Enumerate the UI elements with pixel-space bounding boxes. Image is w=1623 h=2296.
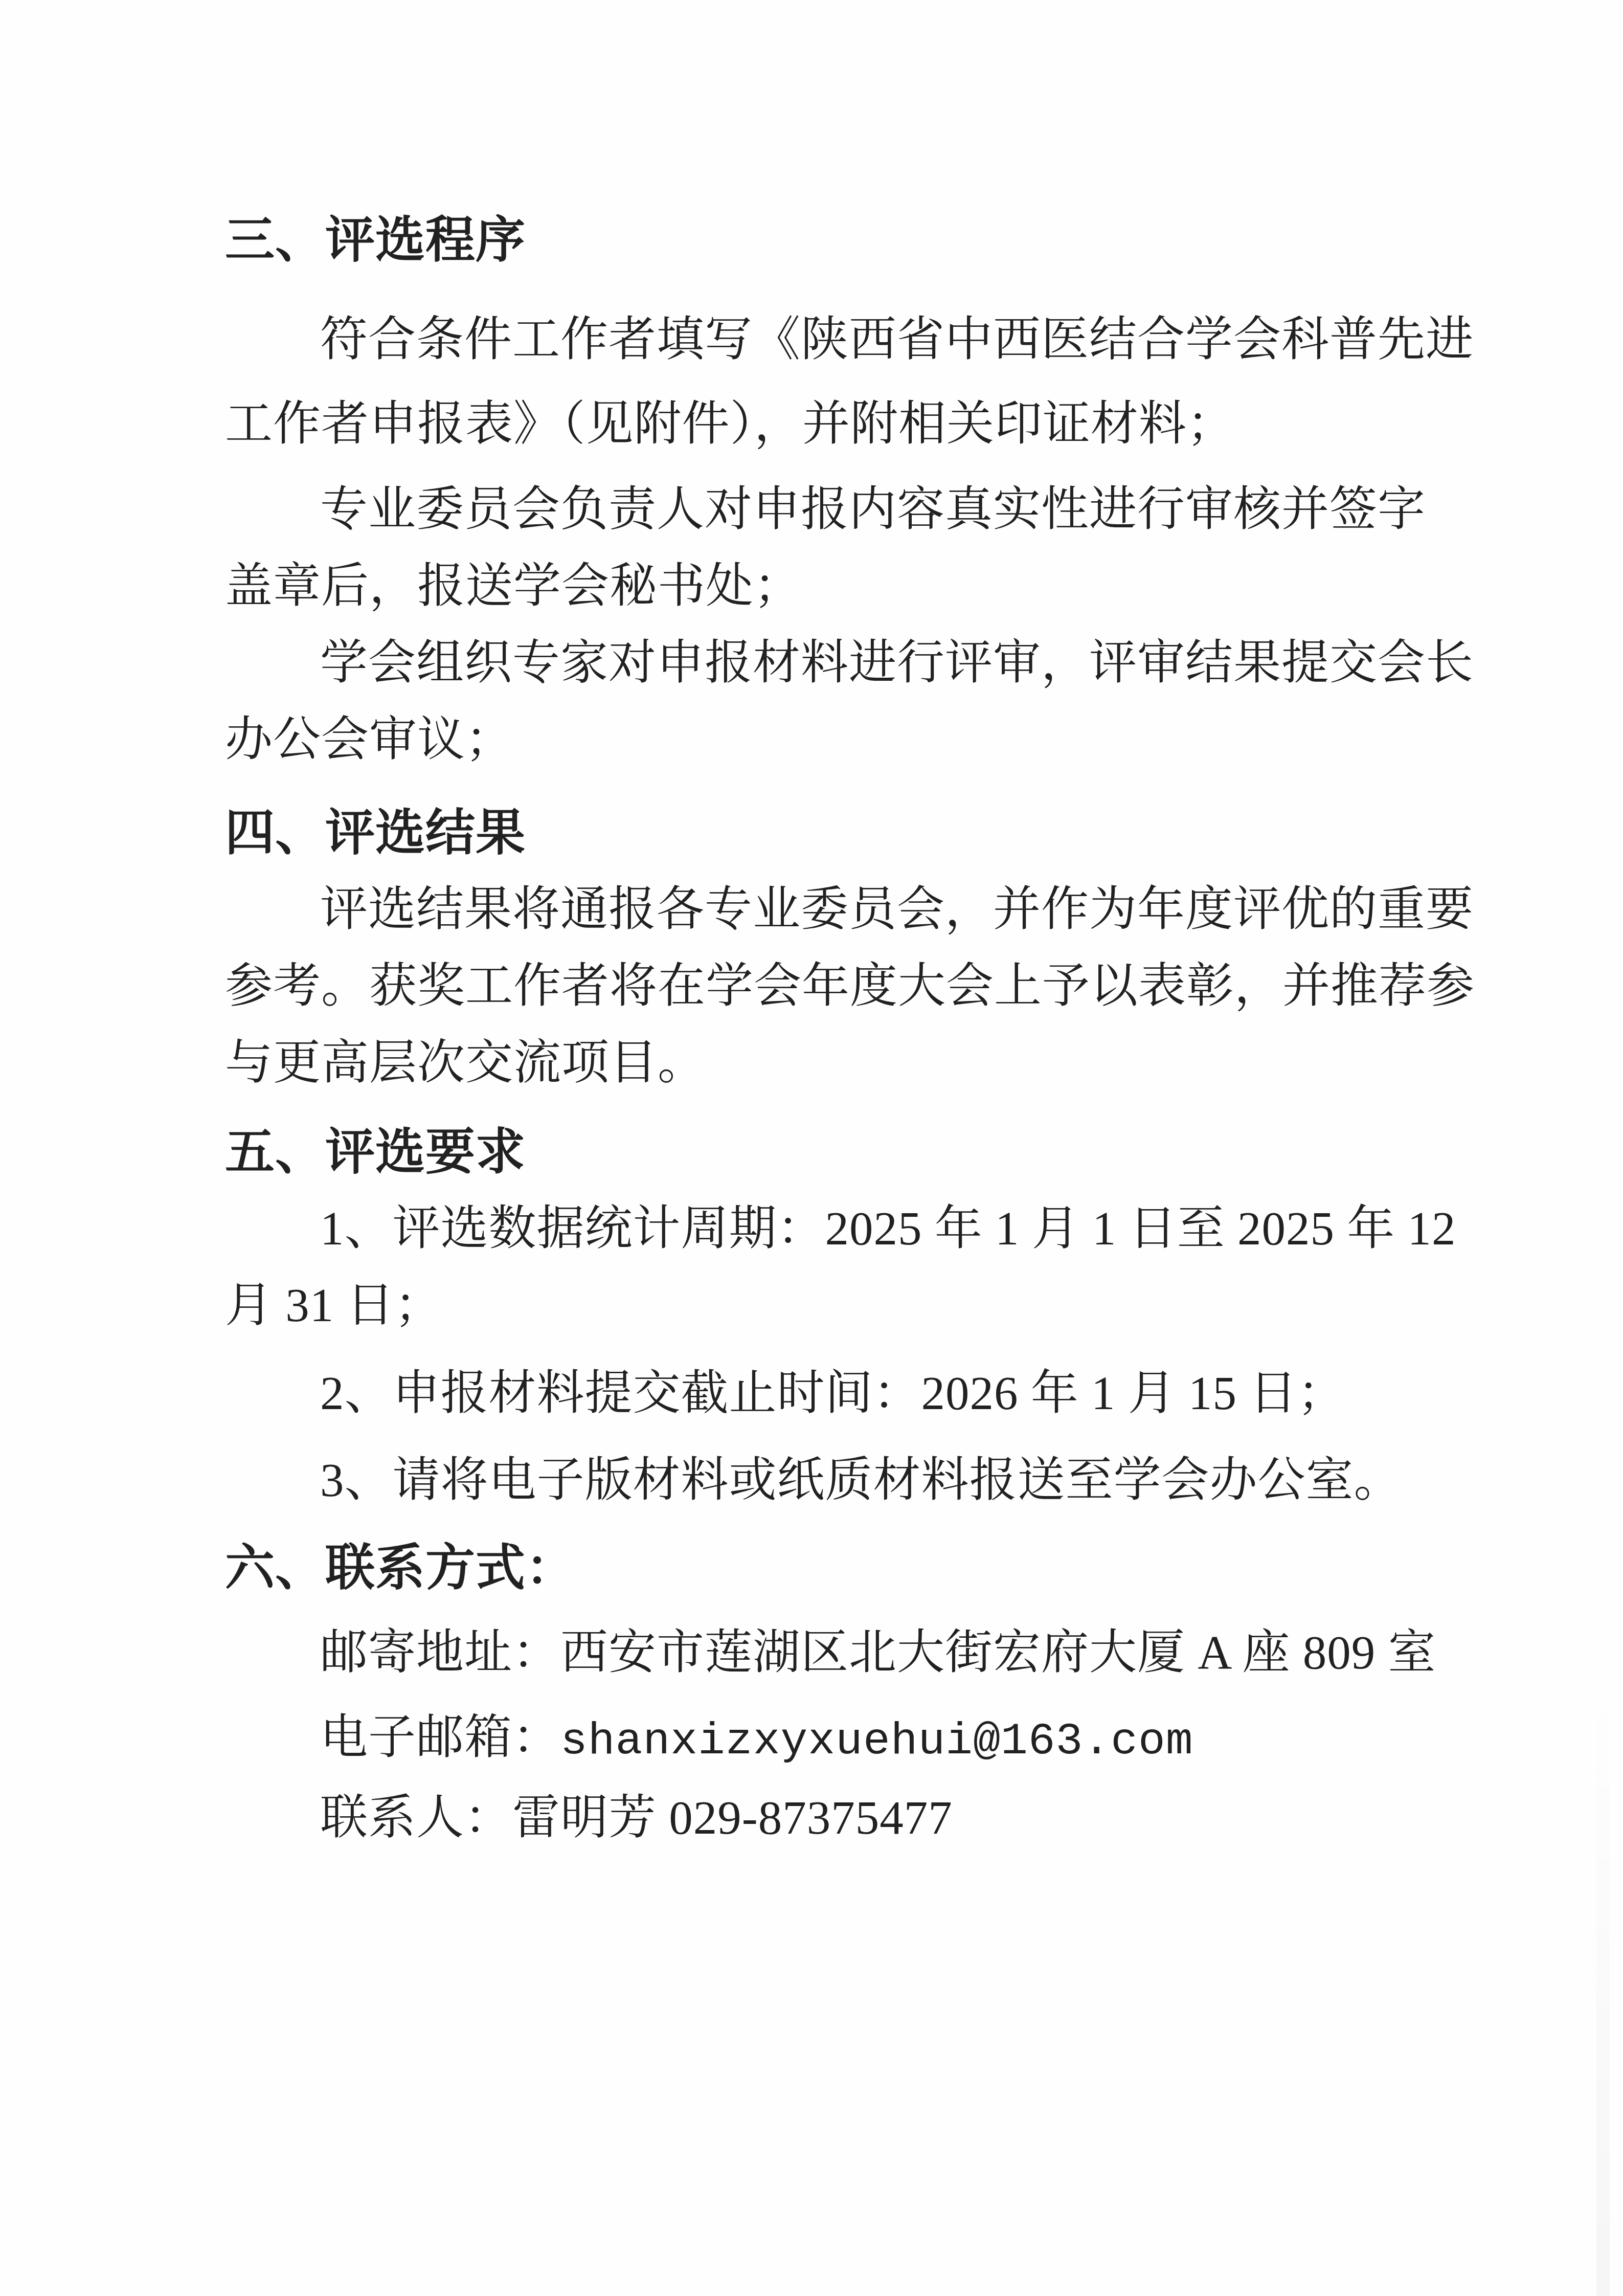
section-3-heading: 三、评选程序 xyxy=(225,202,1500,279)
scanned-document-page: 三、评选程序 符合条件工作者填写《陕西省中西医结合学会科普先进 工作者申报表》（… xyxy=(0,0,1623,2296)
numbered-item-line: 1、评选数据统计周期：2025 年 1 月 1 日至 2025 年 12 xyxy=(225,1191,1500,1267)
text-line: 盖章后，报送学会秘书处； xyxy=(225,548,1500,625)
text-line: 参考。获奖工作者将在学会年度大会上予以表彰，并推荐参 xyxy=(225,948,1500,1025)
text-line: 评选结果将通报各专业委员会，并作为年度评优的重要 xyxy=(225,872,1500,948)
text-line: 工作者申报表》（见附件），并附相关印证材料； xyxy=(225,386,1500,463)
email-label: 电子邮箱： xyxy=(320,1711,560,1764)
text-line: 与更高层次交流项目。 xyxy=(225,1025,1500,1102)
section-4-heading: 四、评选结果 xyxy=(225,795,1500,872)
email-address: shanxizxyxuehui@163.com xyxy=(560,1717,1193,1767)
text-line: 符合条件工作者填写《陕西省中西医结合学会科普先进 xyxy=(225,302,1500,378)
text-line: 学会组织专家对申报材料进行评审，评审结果提交会长 xyxy=(225,625,1500,702)
text-line: 月 31 日； xyxy=(225,1267,1500,1344)
numbered-item-line: 3、请将电子版材料或纸质材料报送至学会办公室。 xyxy=(225,1442,1500,1519)
numbered-item-line: 2、申报材料提交截止时间：2026 年 1 月 15 日； xyxy=(225,1355,1500,1432)
contact-person-line: 联系人：雷明芳 029-87375477 xyxy=(225,1780,1500,1857)
section-5-heading: 五、评选要求 xyxy=(225,1114,1500,1191)
text-line: 专业委员会负责人对申报内容真实性进行审核并签字 xyxy=(225,472,1500,548)
text-line: 办公会审议； xyxy=(225,702,1500,778)
document-content: 三、评选程序 符合条件工作者填写《陕西省中西医结合学会科普先进 工作者申报表》（… xyxy=(225,202,1500,1857)
address-line: 邮寄地址：西安市莲湖区北大街宏府大厦 A 座 809 室 xyxy=(225,1615,1500,1691)
section-6-heading: 六、联系方式： xyxy=(225,1530,1500,1607)
scan-artifact xyxy=(1596,1657,1610,2296)
email-line: 电子邮箱：shanxizxyxuehui@163.com xyxy=(225,1700,1500,1776)
